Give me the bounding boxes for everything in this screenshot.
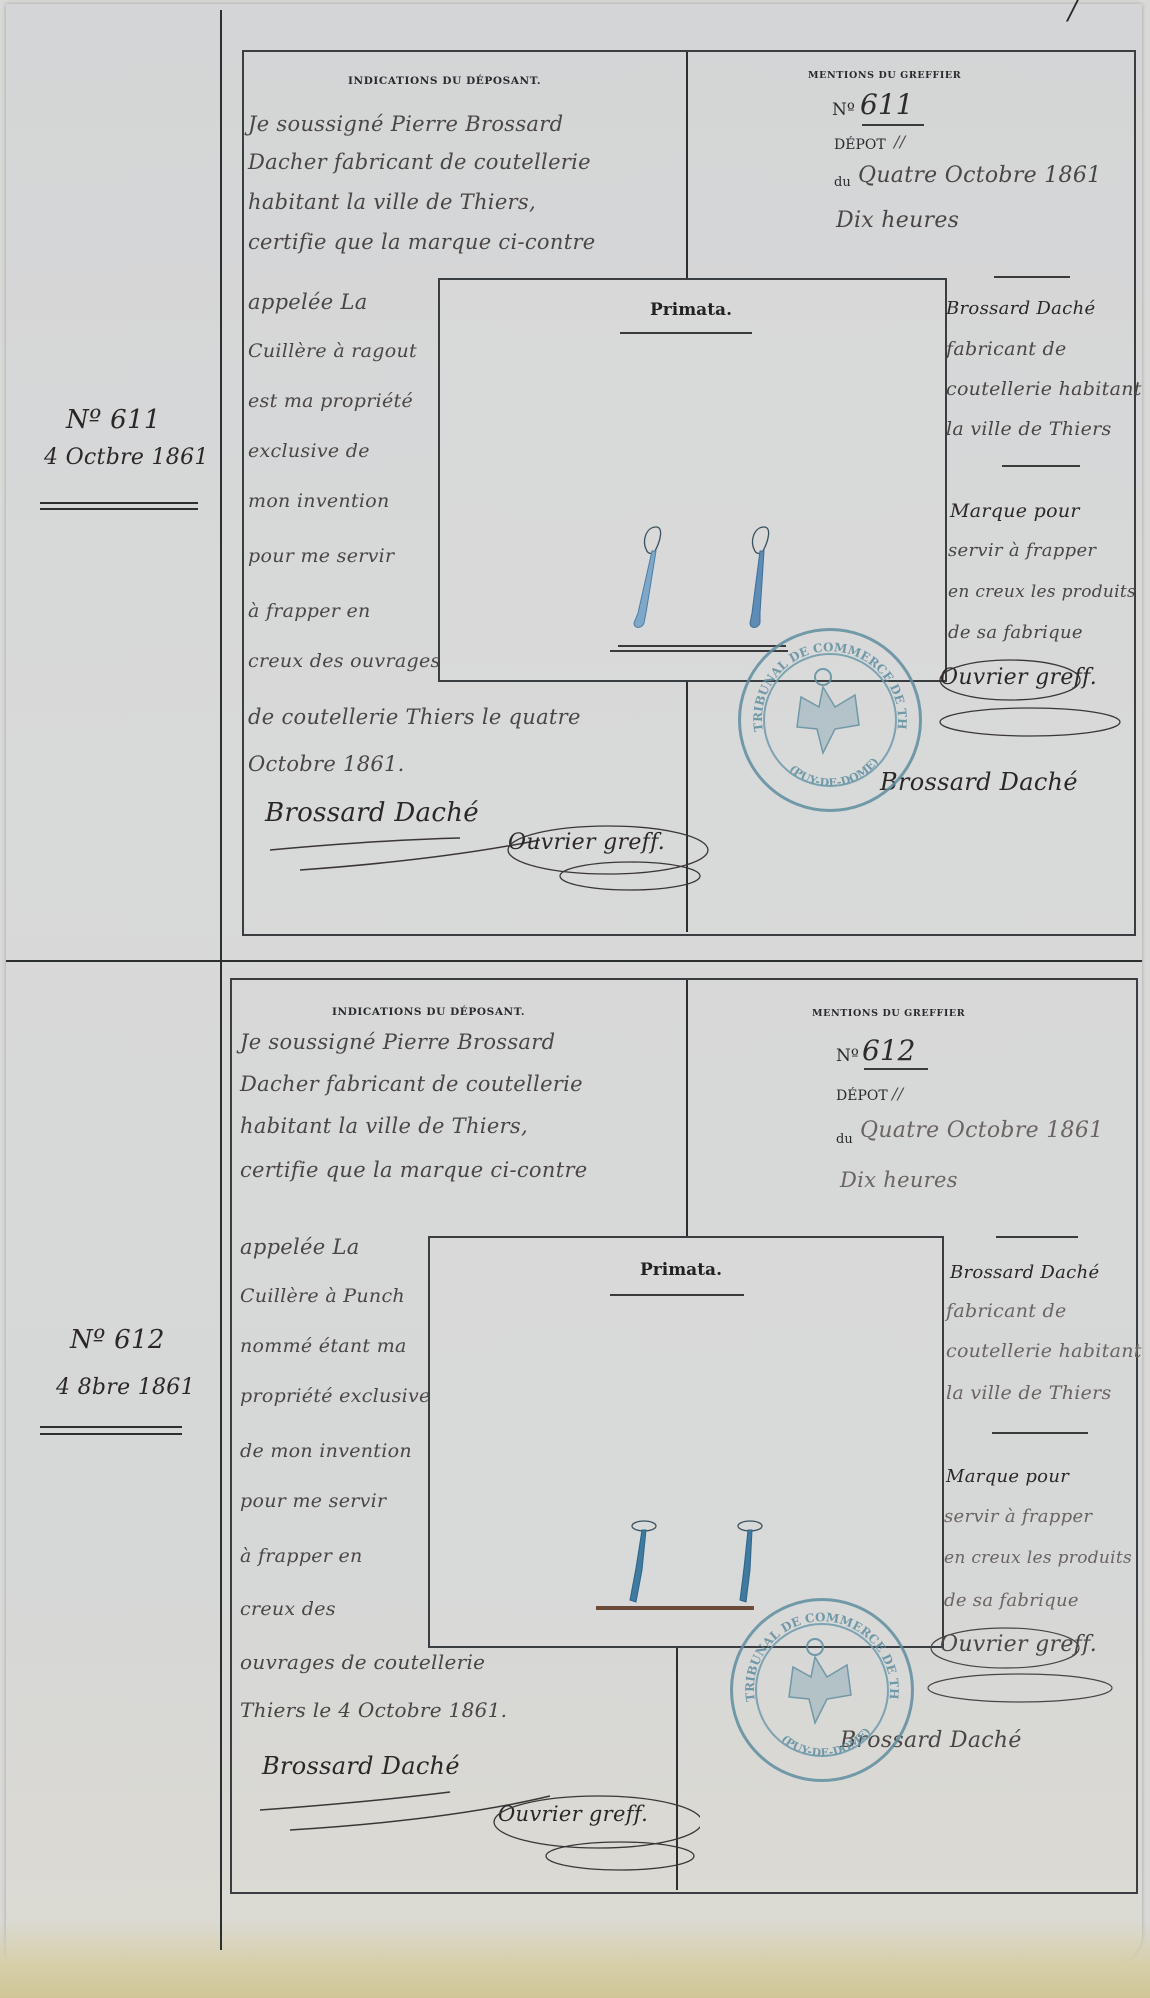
declaration-line: Thiers le 4 Octobre 1861.	[240, 1698, 507, 1722]
margin-double-rule	[40, 1426, 182, 1428]
declaration-line: habitant la ville de Thiers,	[240, 1114, 528, 1138]
declaration-line: de mon invention	[240, 1440, 412, 1462]
declaration-line: pour me servir	[240, 1490, 386, 1512]
declaration-line: est ma propriété	[248, 390, 413, 412]
margin-note-date: 4 Octbre 1861	[44, 445, 209, 470]
declaration-line: certifie que la marque ci-contre	[240, 1158, 588, 1182]
declaration-line: creux des ouvrages	[248, 650, 441, 672]
purpose-line: Marque pour	[950, 500, 1080, 522]
owner-line: Brossard Daché	[950, 1262, 1099, 1283]
left-column-header: INDICATIONS DU DÉPOSANT.	[332, 1006, 525, 1018]
mark-title-underline	[610, 1294, 744, 1296]
eagle-icon	[789, 667, 871, 767]
declaration-line: Je soussigné Pierre Brossard	[248, 112, 563, 136]
purpose-line: en creux les produits	[944, 1548, 1132, 1568]
margin-double-rule	[40, 1433, 182, 1435]
deposit-date: Quatre Octobre 1861	[860, 1118, 1103, 1143]
number-underline	[862, 124, 924, 126]
depot-value: //	[892, 1084, 903, 1103]
declaration-line: de coutellerie Thiers le quatre	[248, 705, 581, 729]
margin-note-number: Nº 611	[66, 405, 161, 435]
margin-note-date: 4 8bre 1861	[56, 1375, 195, 1400]
entry-separator	[6, 960, 1142, 962]
right-clerk-flourish	[930, 650, 1130, 760]
declaration-line: Octobre 1861.	[248, 752, 405, 776]
declaration-line: Dacher fabricant de coutellerie	[240, 1072, 583, 1096]
clerk-flourish	[480, 1780, 700, 1890]
deposit-number: 612	[862, 1034, 915, 1067]
purpose-line: en creux les produits	[948, 582, 1136, 602]
purpose-line: servir à frapper	[948, 540, 1096, 561]
number-label: Nº	[832, 100, 855, 120]
left-column-header: INDICATIONS DU DÉPOSANT.	[348, 75, 541, 87]
eagle-icon	[781, 1637, 863, 1737]
mark-box-title: Primata.	[640, 1260, 722, 1280]
owner-line: fabricant de	[946, 1300, 1067, 1322]
tribunal-stamp: TRIBUNAL DE COMMERCE DE THIERS (PUY-DE-D…	[738, 628, 922, 812]
declaration-line: exclusive de	[248, 440, 370, 462]
declaration-line: Dacher fabricant de coutellerie	[248, 150, 591, 174]
mark-base-rule	[596, 1606, 754, 1610]
purpose-line: de sa fabrique	[944, 1590, 1079, 1611]
mark-box: Primata.	[428, 1236, 944, 1648]
margin-note-number: Nº 612	[70, 1325, 165, 1355]
corner-mark: /	[1068, 0, 1077, 26]
declaration-line: certifie que la marque ci-contre	[248, 230, 596, 254]
clerk-flourish	[490, 812, 710, 912]
declaration-line: ouvrages de coutellerie	[240, 1650, 485, 1674]
declaration-line: Cuillère à Punch	[240, 1285, 405, 1307]
purpose-line: de sa fabrique	[948, 622, 1083, 643]
deposit-time: Dix heures	[840, 1168, 958, 1192]
depot-value: //	[894, 132, 905, 151]
declaration-line: appelée La	[248, 290, 368, 314]
depot-label: DÉPOT	[834, 137, 886, 153]
column-divider-top	[686, 52, 688, 280]
right-column-header: MENTIONS DU GREFFIER	[812, 1008, 965, 1019]
owner-line: la ville de Thiers	[946, 1382, 1112, 1404]
depot-label: DÉPOT	[836, 1088, 888, 1104]
owner-line: coutellerie habitant	[946, 1340, 1142, 1362]
declaration-line: habitant la ville de Thiers,	[248, 190, 536, 214]
owner-line: fabricant de	[946, 338, 1067, 360]
right-column-header: MENTIONS DU GREFFIER	[808, 70, 961, 81]
deposit-date: Quatre Octobre 1861	[858, 163, 1101, 188]
declaration-line: mon invention	[248, 490, 390, 512]
mark-box: Primata.	[438, 278, 947, 682]
depositor-signature: Brossard Daché	[262, 1752, 460, 1780]
declaration-line: Cuillère à ragout	[248, 340, 417, 362]
owner-line: la ville de Thiers	[946, 418, 1112, 440]
declaration-line: à frapper en	[240, 1545, 363, 1567]
purpose-line: servir à frapper	[944, 1506, 1092, 1527]
declaration-line: nommé étant ma	[240, 1335, 407, 1357]
date-prefix: du	[836, 1132, 853, 1147]
margin-line	[220, 10, 222, 1950]
column-divider-top	[686, 980, 688, 1238]
mark-title-underline	[620, 332, 752, 334]
section-rule	[992, 1432, 1088, 1434]
declaration-line: creux des	[240, 1598, 336, 1620]
page-bottom-edge	[0, 1920, 1150, 1998]
owner-line: Brossard Daché	[946, 298, 1095, 319]
margin-double-rule	[40, 502, 198, 504]
purpose-line: Marque pour	[946, 1466, 1069, 1487]
declaration-line: pour me servir	[248, 545, 394, 567]
tribunal-stamp: TRIBUNAL DE COMMERCE DE THIERS (PUY-DE-D…	[730, 1598, 914, 1782]
section-rule	[996, 1236, 1078, 1238]
declaration-line: appelée La	[240, 1235, 360, 1259]
number-label: Nº	[836, 1046, 859, 1066]
mark-box-title: Primata.	[650, 300, 732, 320]
deposit-number: 611	[860, 88, 913, 121]
declaration-line: propriété exclusive	[240, 1385, 431, 1407]
owner-line: coutellerie habitant	[946, 378, 1142, 400]
deposit-time: Dix heures	[836, 208, 959, 233]
date-prefix: du	[834, 175, 851, 190]
right-clerk-flourish	[920, 1618, 1130, 1728]
declaration-line: à frapper en	[248, 600, 371, 622]
margin-double-rule	[40, 508, 198, 510]
spoon-icon	[620, 515, 780, 650]
section-rule	[994, 276, 1070, 278]
declaration-line: Je soussigné Pierre Brossard	[240, 1030, 555, 1054]
section-rule	[1002, 465, 1080, 467]
number-underline	[864, 1068, 928, 1070]
